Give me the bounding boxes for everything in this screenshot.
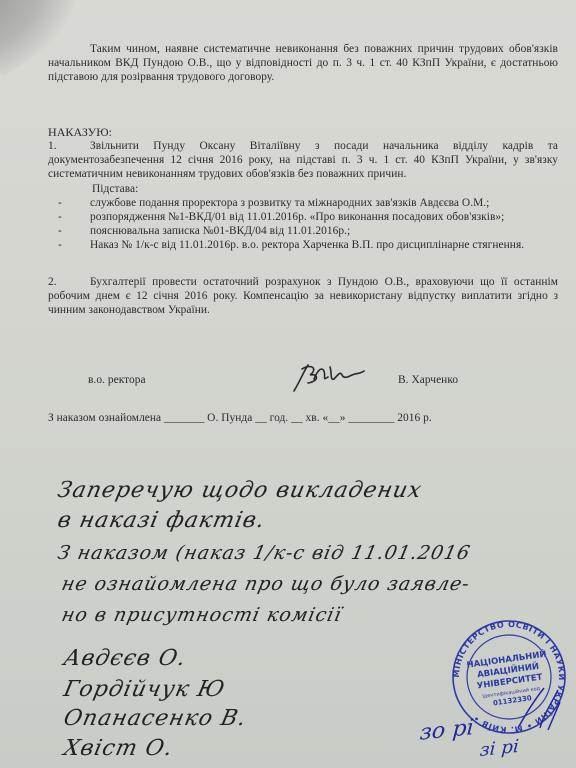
document-page: Таким чином, наявне систематичне невикон… (0, 0, 576, 768)
blue-handwritten-note: зо рі (419, 715, 475, 745)
item-number: 2. (48, 275, 90, 289)
commission-member: Авдєєв О. (61, 646, 188, 671)
order-item-1: 1.Звільнити Пунду Оксану Віталіївну з по… (48, 139, 558, 181)
commission-member: Гордійчук Ю (61, 677, 227, 702)
basis-label: Підстава: (92, 182, 138, 196)
handwritten-line: не ознайомлена про що було заявле- (60, 573, 472, 595)
order-item-2: 2.Бухгалтерії провести остаточний розрах… (48, 275, 558, 317)
basis-entry: -розпорядження №1-ВКД/01 від 11.01.2016р… (48, 210, 558, 224)
acknowledgement-line: З наказом ознайомлена _______ О. Пунда _… (48, 411, 432, 425)
signature-block: в.о. ректора В. Харченко (48, 373, 558, 393)
basis-entry: -службове подання проректора з розвитку … (48, 196, 558, 210)
item-text: Звільнити Пунду Оксану Віталіївну з поса… (48, 140, 558, 180)
blue-handwritten-note: зі рі (479, 736, 520, 761)
basis-entry: -пояснювальна записка №01-ВКД/04 від 11.… (48, 224, 558, 238)
item-text: Бухгалтерії провести остаточний розрахун… (48, 276, 558, 316)
bullet-dash-icon: - (58, 210, 62, 224)
order-heading: НАКАЗУЮ: (48, 125, 112, 139)
rector-signature-icon (288, 359, 368, 395)
basis-entry: -Наказ № 1/к-с від 11.01.2016р. в.о. рек… (48, 238, 558, 252)
bullet-dash-icon: - (58, 224, 62, 238)
handwritten-line: но в присутності комісії (60, 604, 344, 626)
signatory-name: В. Харченко (398, 373, 458, 387)
commission-member: Опанасенко В. (61, 706, 249, 731)
signatory-title: в.о. ректора (88, 373, 146, 387)
handwritten-line: Заперечую щодо викладених (55, 478, 424, 503)
bullet-dash-icon: - (58, 238, 62, 252)
conclusion-paragraph: Таким чином, наявне систематичне невикон… (48, 42, 558, 84)
bullet-dash-icon: - (58, 196, 62, 210)
handwritten-line: З наказом (наказ 1/к-с від 11.01.2016 (56, 542, 473, 564)
item-number: 1. (48, 139, 90, 153)
handwritten-line: в наказі фактів. (55, 508, 267, 533)
commission-member: Хвіст О. (61, 736, 175, 761)
basis-list: -службове подання проректора з розвитку … (48, 196, 558, 252)
